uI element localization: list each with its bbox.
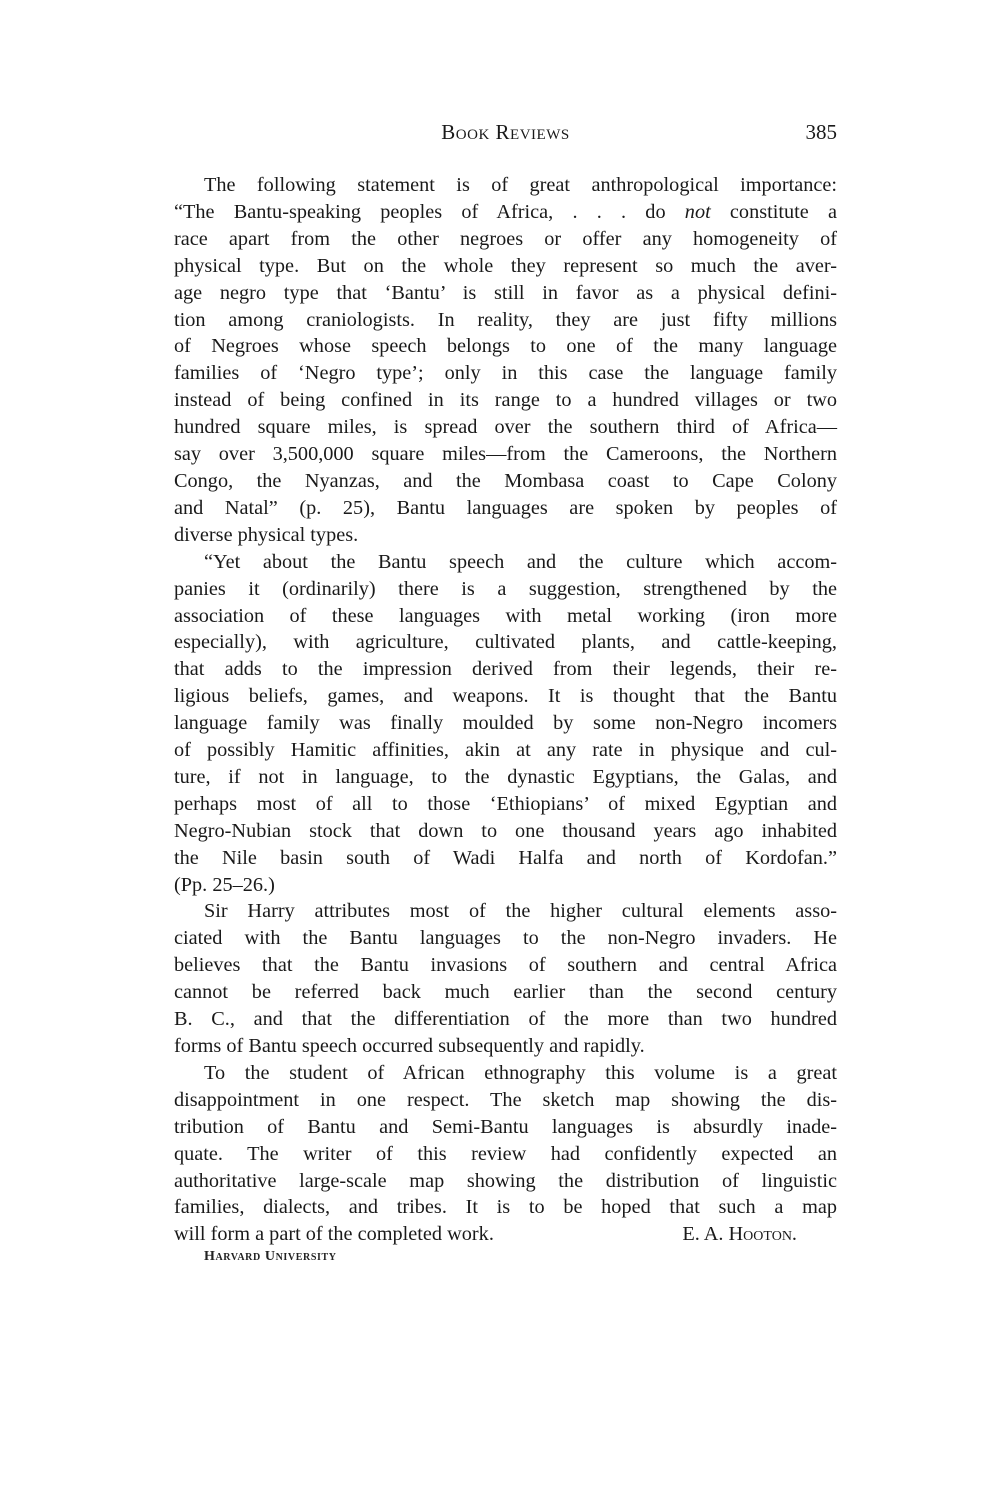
text-line: families of ‘Negro type’; only in this c… (174, 360, 837, 387)
running-head: Book Reviews 385 (174, 120, 837, 150)
text-line: ture, if not in language, to the dynasti… (174, 764, 837, 791)
text-line: perhaps most of all to those ‘Ethiopians… (174, 791, 837, 818)
reviewer-affiliation: Harvard University (204, 1249, 337, 1265)
text-line: will form a part of the completed work. (174, 1221, 494, 1248)
text-line: ligious beliefs, games, and weapons. It … (174, 683, 837, 710)
text-line: tion among craniologists. In reality, th… (174, 307, 837, 334)
running-title: Book Reviews (174, 120, 837, 145)
text-line: tribution of Bantu and Semi-Bantu langua… (174, 1114, 837, 1141)
text-line: association of these languages with meta… (174, 603, 837, 630)
text-line: forms of Bantu speech occurred subsequen… (174, 1033, 837, 1060)
text-line: diverse physical types. (174, 522, 837, 549)
text-line: The following statement is of great anth… (174, 172, 837, 199)
text-line: hundred square miles, is spread over the… (174, 414, 837, 441)
closing-line: will form a part of the completed work. … (174, 1221, 837, 1248)
paragraph-4: To the student of African ethnography th… (174, 1060, 837, 1248)
text-line: believes that the Bantu invasions of sou… (174, 952, 837, 979)
review-body: The following statement is of great anth… (174, 172, 837, 1248)
paragraph-3: Sir Harry attributes most of the higher … (174, 898, 837, 1059)
text-line: Sir Harry attributes most of the higher … (174, 898, 837, 925)
text-line: quate. The writer of this review had con… (174, 1141, 837, 1168)
text-line: To the student of African ethnography th… (174, 1060, 837, 1087)
page-number: 385 (806, 120, 838, 145)
emphasis: not (685, 201, 711, 223)
text-line: panies it (ordinarily) there is a sugges… (174, 576, 837, 603)
text-line: ciated with the Bantu languages to the n… (174, 925, 837, 952)
text-line: race apart from the other negroes or off… (174, 226, 837, 253)
text-line: the Nile basin south of Wadi Halfa and n… (174, 845, 837, 872)
text-line: instead of being confined in its range t… (174, 387, 837, 414)
text-line: disappointment in one respect. The sketc… (174, 1087, 837, 1114)
text-line: especially), with agriculture, cultivate… (174, 629, 837, 656)
text-line: physical type. But on the whole they rep… (174, 253, 837, 280)
text-line: language family was finally moulded by s… (174, 710, 837, 737)
text-line: of possibly Hamitic affinities, akin at … (174, 737, 837, 764)
text-line: of Negroes whose speech belongs to one o… (174, 333, 837, 360)
text-line: “Yet about the Bantu speech and the cult… (174, 549, 837, 576)
text-line: “The Bantu-speaking peoples of Africa, .… (174, 199, 837, 226)
text-line: authoritative large-scale map showing th… (174, 1168, 837, 1195)
text-line: cannot be referred back much earlier tha… (174, 979, 837, 1006)
reviewer-signature: E. A. Hooton. (682, 1221, 837, 1248)
text-line: B. C., and that the differentiation of t… (174, 1006, 837, 1033)
text-line: and Natal” (p. 25), Bantu languages are … (174, 495, 837, 522)
text-line: say over 3,500,000 square miles—from the… (174, 441, 837, 468)
text-line: Congo, the Nyanzas, and the Mombasa coas… (174, 468, 837, 495)
text-line: age negro type that ‘Bantu’ is still in … (174, 280, 837, 307)
paragraph-1: The following statement is of great anth… (174, 172, 837, 549)
paragraph-2: “Yet about the Bantu speech and the cult… (174, 549, 837, 899)
text-line: (Pp. 25–26.) (174, 872, 837, 899)
text-line: families, dialects, and tribes. It is to… (174, 1194, 837, 1221)
text-line: Negro-Nubian stock that down to one thou… (174, 818, 837, 845)
text-line: that adds to the impression derived from… (174, 656, 837, 683)
